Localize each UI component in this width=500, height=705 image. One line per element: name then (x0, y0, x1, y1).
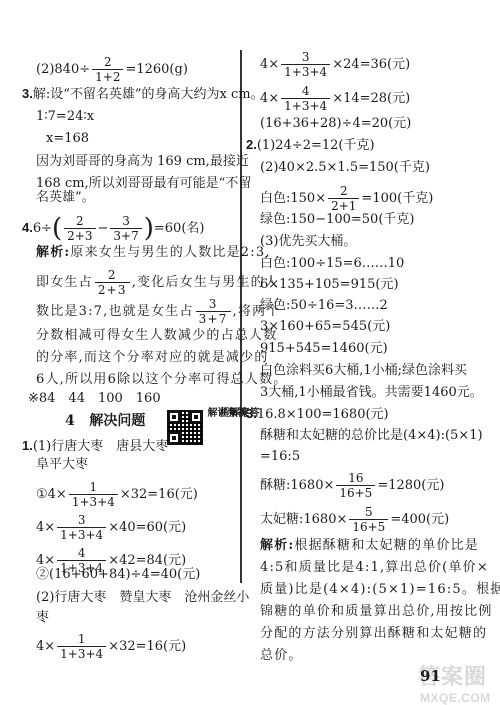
p2-line2: (2)40×2.5×1.5=150(千克) (260, 159, 430, 177)
p3-line2: 酥糖和太妃糖的总价比是(4×4):(5×1) (260, 427, 483, 445)
page-number: 91 (420, 667, 441, 685)
answer-2-2: (2)840÷21+2=1260(g) (36, 55, 188, 84)
r-eq3: (16+36+28)÷4=20(元) (260, 115, 411, 133)
p2-line4: 绿色:150−100=50(千克) (260, 211, 414, 229)
p3-line4: 酥糖:1680×1616+5=1280(元) (260, 471, 444, 500)
p2-line3: 白色:150×22+1=100(千克) (260, 184, 433, 213)
qr-label-video: 视频讲解 (205, 407, 245, 417)
q4-equation: 4.6÷(22+3−33+7)=60(名) (22, 214, 204, 243)
p3-analysis-3: 质量)比是(4×4):(5×1)=16:5。根据什 (260, 581, 500, 599)
p3-analysis-1: 解析:根据酥糖和太妃糖的单价比是 (260, 537, 479, 555)
r-eq2: 4×41+3+4×14=28(元) (260, 84, 410, 113)
p1-line1: 1.(1)行唐大枣 唐县大枣 (22, 437, 168, 456)
p2-line11: 白色涂料买6大桶,1小桶;绿色涂料买 (260, 362, 467, 380)
q3-intro: 3.解:设“不留名英雄”的身高大约为x cm。 (22, 85, 264, 104)
p1-eq5: 4×11+3+4×32=16(元) (36, 632, 186, 661)
q4-analysis-4: 分数相减可得女生人数减少的占总人数 (36, 327, 277, 345)
p2-line7: 6×135+105=915(元) (260, 276, 399, 294)
p3-line5: 太妃糖:1680×516+5=400(元) (260, 505, 449, 534)
p3-line3: =16:5 (260, 448, 300, 466)
p3-line1: 3.16.8×100=1680(元) (246, 405, 389, 424)
p1-eq2: 4×31+3+4×40=60(元) (36, 513, 186, 542)
p3-analysis-6: 总价。 (260, 647, 303, 665)
q3-text3: 名英雄”。 (36, 189, 95, 207)
fraction: 21+2 (92, 55, 123, 84)
qr-code[interactable] (167, 410, 203, 445)
q4-analysis-1: 解析:原来女生与男生的人数比是2:3, (36, 244, 271, 262)
p2-line9: 3×160+65=545(元) (260, 318, 390, 336)
p2-line12: 3大桶,1小桶最省钱。共需要1460元。 (260, 384, 483, 402)
q4-analysis-2: 即女生占22+3,变化后女生与男生的人 (36, 268, 279, 297)
section-heading: 4 解决问题 (65, 412, 145, 430)
p1-eq4: ②(16+60+84)÷4=40(元) (36, 566, 200, 584)
p2-line1: 2.(1)24÷2=12(千克) (246, 136, 375, 155)
p2-line5: (3)优先买大桶。 (260, 233, 356, 251)
p3-analysis-4: 锦糖的单价和质量算出总价,用按比例 (260, 603, 493, 621)
q4-analysis-6: 6人,所以用6除以这个分率可得总人数。 (36, 371, 287, 389)
p1-line3: (2)行唐大枣 赞皇大枣 沧州金丝小 (36, 589, 249, 607)
p1-eq1: ①4×11+3+4×32=16(元) (36, 480, 198, 509)
r-eq1: 4×31+3+4×24=36(元) (260, 50, 410, 79)
p2-line6: 白色:100÷15=6……10 (260, 255, 404, 273)
q4-analysis-3: 数比是3:7,也就是女生占33+7,将两个 (36, 297, 281, 326)
q4-analysis-5: 的分率,而这个分率对应的就是减少的 (36, 349, 269, 367)
p2-line10: 915+545=1460(元) (260, 340, 388, 358)
p2-line8: 绿色:50÷16=3……2 (260, 297, 388, 315)
extra-answers: ※84 44 100 160 (28, 390, 161, 408)
q3-eq1: 1∶7=24∶x (36, 108, 94, 126)
p1-line4: 枣 (36, 609, 49, 627)
q3-eq2: x=168 (46, 130, 89, 148)
p3-analysis-2: 4:5和质量比是4:1,算出总价(单价× (260, 559, 489, 577)
q3-text1: 因为刘哥哥的身高为 169 cm,最接近 (36, 153, 249, 171)
p1-line2: 阜平大枣 (36, 456, 88, 474)
p3-analysis-5: 分配的方法分别算出酥糖和太妃糖的 (260, 625, 487, 643)
